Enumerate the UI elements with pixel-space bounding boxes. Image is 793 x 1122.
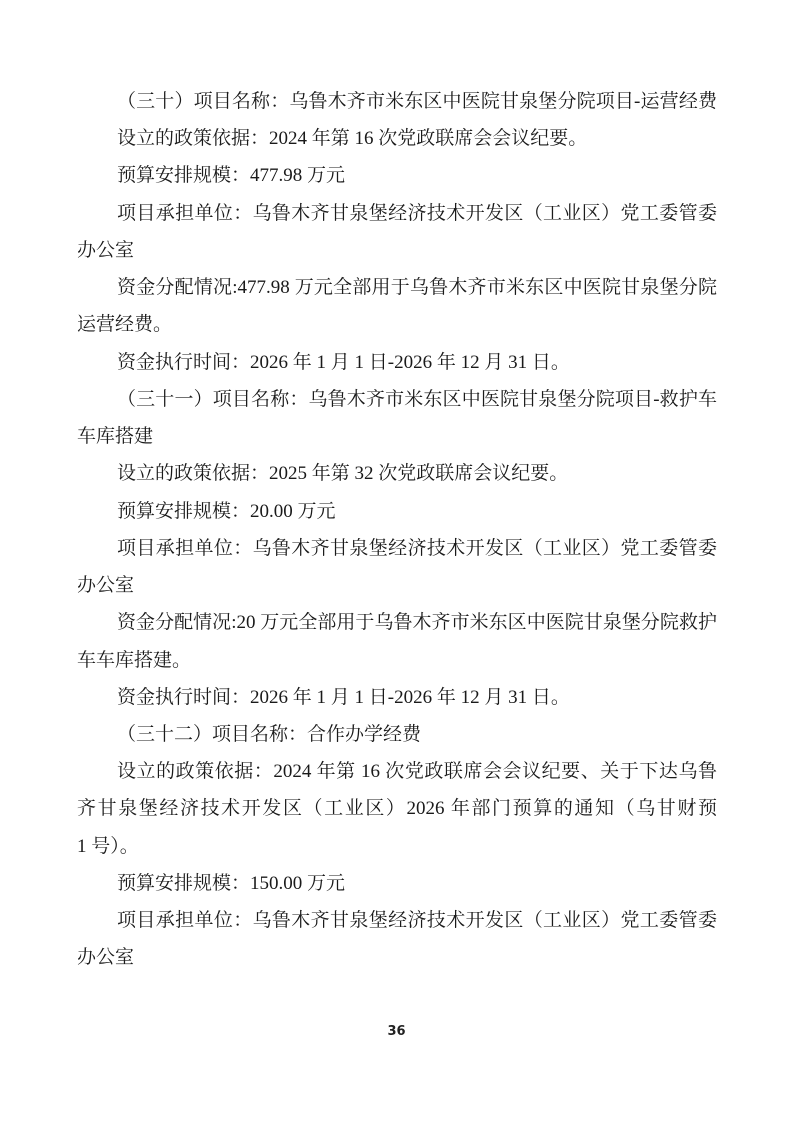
document-text-block: （三十）项目名称：乌鲁木齐市米东区中医院甘泉堡分院项目-运营经费 设立的政策依据… bbox=[77, 83, 717, 977]
text-line: 办公室 bbox=[77, 567, 717, 604]
text-line: 设立的政策依据：2024 年第 16 次党政联席会会议纪要、关于下达乌鲁木 bbox=[77, 753, 717, 790]
text-line: 资金分配情况:20 万元全部用于乌鲁木齐市米东区中医院甘泉堡分院救护 bbox=[77, 604, 717, 641]
text-line: （三十一）项目名称：乌鲁木齐市米东区中医院甘泉堡分院项目-救护车 bbox=[77, 381, 717, 418]
text-line: （三十）项目名称：乌鲁木齐市米东区中医院甘泉堡分院项目-运营经费 bbox=[77, 83, 717, 120]
text-line: 预算安排规模：20.00 万元 bbox=[77, 493, 717, 530]
text-line: 预算安排规模：477.98 万元 bbox=[77, 157, 717, 194]
text-line: 办公室 bbox=[77, 232, 717, 269]
text-line: 齐甘泉堡经济技术开发区（工业区）2026 年部门预算的通知（乌甘财预【2026】 bbox=[77, 790, 717, 827]
text-line: （三十二）项目名称：合作办学经费 bbox=[77, 716, 717, 753]
text-line: 项目承担单位：乌鲁木齐甘泉堡经济技术开发区（工业区）党工委管委会 bbox=[77, 530, 717, 567]
text-line: 办公室 bbox=[77, 939, 717, 976]
page-background: （三十）项目名称：乌鲁木齐市米东区中医院甘泉堡分院项目-运营经费 设立的政策依据… bbox=[0, 0, 793, 1122]
text-line: 资金执行时间：2026 年 1 月 1 日-2026 年 12 月 31 日。 bbox=[77, 679, 717, 716]
text-line: 设立的政策依据：2024 年第 16 次党政联席会会议纪要。 bbox=[77, 120, 717, 157]
text-line: 资金分配情况:477.98 万元全部用于乌鲁木齐市米东区中医院甘泉堡分院 bbox=[77, 269, 717, 306]
text-line: 1 号）。 bbox=[77, 828, 717, 865]
text-line: 车车库搭建。 bbox=[77, 642, 717, 679]
text-line: 车库搭建 bbox=[77, 418, 717, 455]
page-number: 36 bbox=[0, 1023, 793, 1041]
text-line: 预算安排规模：150.00 万元 bbox=[77, 865, 717, 902]
document-page: { "colors": { "background": "#ffffff", "… bbox=[0, 0, 793, 1122]
text-line: 项目承担单位：乌鲁木齐甘泉堡经济技术开发区（工业区）党工委管委会 bbox=[77, 195, 717, 232]
text-line: 设立的政策依据：2025 年第 32 次党政联席会议纪要。 bbox=[77, 455, 717, 492]
text-line: 运营经费。 bbox=[77, 306, 717, 343]
text-line: 项目承担单位：乌鲁木齐甘泉堡经济技术开发区（工业区）党工委管委会 bbox=[77, 902, 717, 939]
text-line: 资金执行时间：2026 年 1 月 1 日-2026 年 12 月 31 日。 bbox=[77, 344, 717, 381]
